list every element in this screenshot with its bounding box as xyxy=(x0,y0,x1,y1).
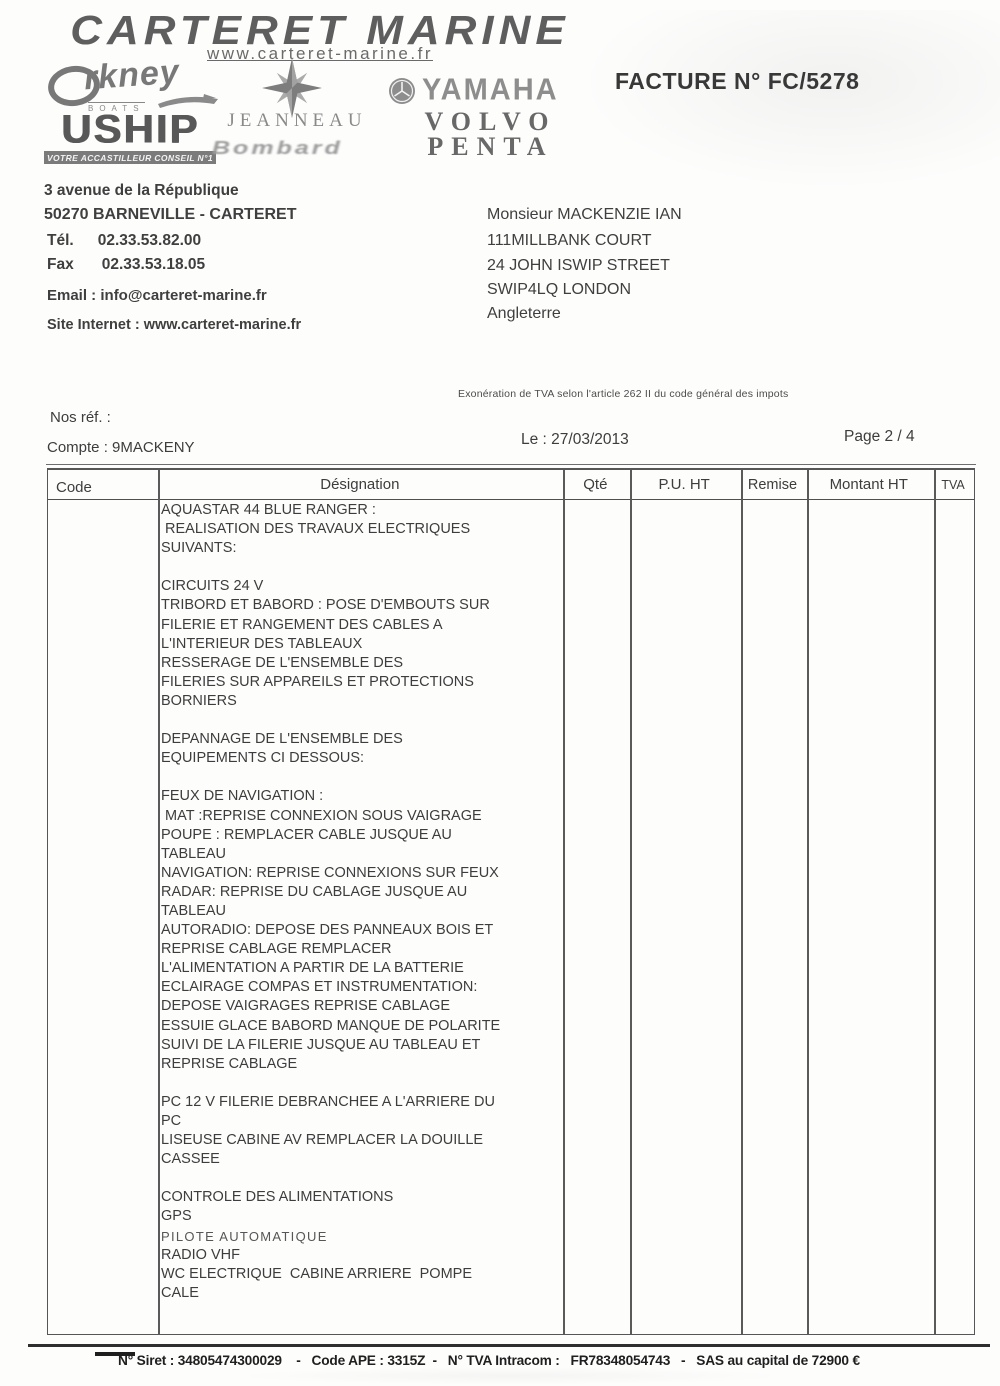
scan-smudge-top xyxy=(580,10,1000,190)
column-header-discount: Remise xyxy=(740,470,806,499)
designation-text-block-2: RADIO VHF WC ELECTRIQUE CABINE ARRIERE P… xyxy=(161,1246,561,1303)
designation-cell: AQUASTAR 44 BLUE RANGER : REALISATION DE… xyxy=(161,501,561,1303)
column-divider xyxy=(158,470,160,1334)
website-label: Site Internet : xyxy=(47,317,140,333)
company-phone: Tél.02.33.53.82.00 xyxy=(47,232,201,250)
company-email: Email : info@carteret-marine.fr xyxy=(47,287,267,304)
footer-divider-line xyxy=(28,1344,990,1347)
website-value: www.carteret-marine.fr xyxy=(144,317,301,333)
invoice-date: Le : 27/03/2013 xyxy=(521,431,629,449)
column-header-amount: Montant HT xyxy=(805,470,932,499)
yamaha-logo-text: YAMAHA xyxy=(422,73,559,108)
column-header-vat: TVA xyxy=(932,470,974,499)
fax-label: Fax xyxy=(47,256,74,273)
invoice-number-title: FACTURE N° FC/5278 xyxy=(615,68,859,95)
company-fax: Fax02.33.53.18.05 xyxy=(47,256,205,274)
customer-country: Angleterre xyxy=(487,305,561,323)
column-header-quantity: Qté xyxy=(562,470,629,499)
uship-logo: USHIP VOTRE ACCASTILLEUR CONSEIL N°1 xyxy=(44,108,216,164)
penta-logo-text: PENTA xyxy=(398,135,583,160)
invoice-page: CARTERET MARINE www.carteret-marine.fr r… xyxy=(0,0,1000,1386)
customer-address-line1: 111MILLBANK COURT xyxy=(487,232,652,250)
company-website: Site Internet : www.carteret-marine.fr xyxy=(47,317,301,333)
page-number: Page 2 / 4 xyxy=(844,428,915,446)
legal-footer-text: N° Siret : 34805474300029 - Code APE : 3… xyxy=(118,1352,912,1368)
column-divider xyxy=(934,470,936,1334)
customer-address-line2: 24 JOHN ISWIP STREET xyxy=(487,257,670,275)
column-header-code: Code xyxy=(48,470,158,499)
email-value: info@carteret-marine.fr xyxy=(100,287,266,304)
volvo-penta-logo: VOLVO PENTA xyxy=(398,110,583,159)
bombard-logo-text: Bombard xyxy=(212,138,343,160)
customer-address-line3: SWIP4LQ LONDON xyxy=(487,281,631,299)
uship-logo-text: USHIP xyxy=(44,109,216,149)
company-address-line1: 3 avenue de la République xyxy=(44,182,239,200)
column-divider xyxy=(741,470,743,1334)
fax-value: 02.33.53.18.05 xyxy=(102,256,205,273)
designation-text-pilote: PILOTE AUTOMATIQUE xyxy=(161,1227,561,1246)
jeanneau-logo-text: JEANNEAU xyxy=(212,110,382,132)
compass-star-icon xyxy=(262,58,322,118)
table-header-row: Code Désignation Qté P.U. HT Remise Mont… xyxy=(48,470,974,500)
column-divider xyxy=(807,470,809,1334)
phone-value: 02.33.53.82.00 xyxy=(98,232,201,249)
our-reference-label: Nos réf. : xyxy=(50,409,111,426)
tax-exemption-note: Exonération de TVA selon l'article 262 I… xyxy=(458,388,788,400)
column-divider xyxy=(630,470,632,1334)
company-address-line2: 50270 BARNEVILLE - CARTERET xyxy=(44,206,297,224)
column-header-unit-price: P.U. HT xyxy=(629,470,740,499)
uship-tagline: VOTRE ACCASTILLEUR CONSEIL N°1 xyxy=(44,151,216,164)
yamaha-tuning-fork-icon xyxy=(388,77,416,105)
volvo-logo-text: VOLVO xyxy=(398,110,583,135)
scan-smudge-bottom xyxy=(250,1368,770,1384)
yamaha-logo: YAMAHA xyxy=(388,74,559,107)
account-number: Compte : 9MACKENY xyxy=(47,439,195,456)
line-items-table: Code Désignation Qté P.U. HT Remise Mont… xyxy=(47,468,975,1335)
designation-text-block-1: AQUASTAR 44 BLUE RANGER : REALISATION DE… xyxy=(161,501,561,1227)
phone-label: Tél. xyxy=(47,232,74,249)
column-divider xyxy=(563,470,565,1334)
email-label: Email : xyxy=(47,287,96,304)
customer-name: Monsieur MACKENZIE IAN xyxy=(487,206,682,224)
column-header-designation: Désignation xyxy=(158,470,562,499)
